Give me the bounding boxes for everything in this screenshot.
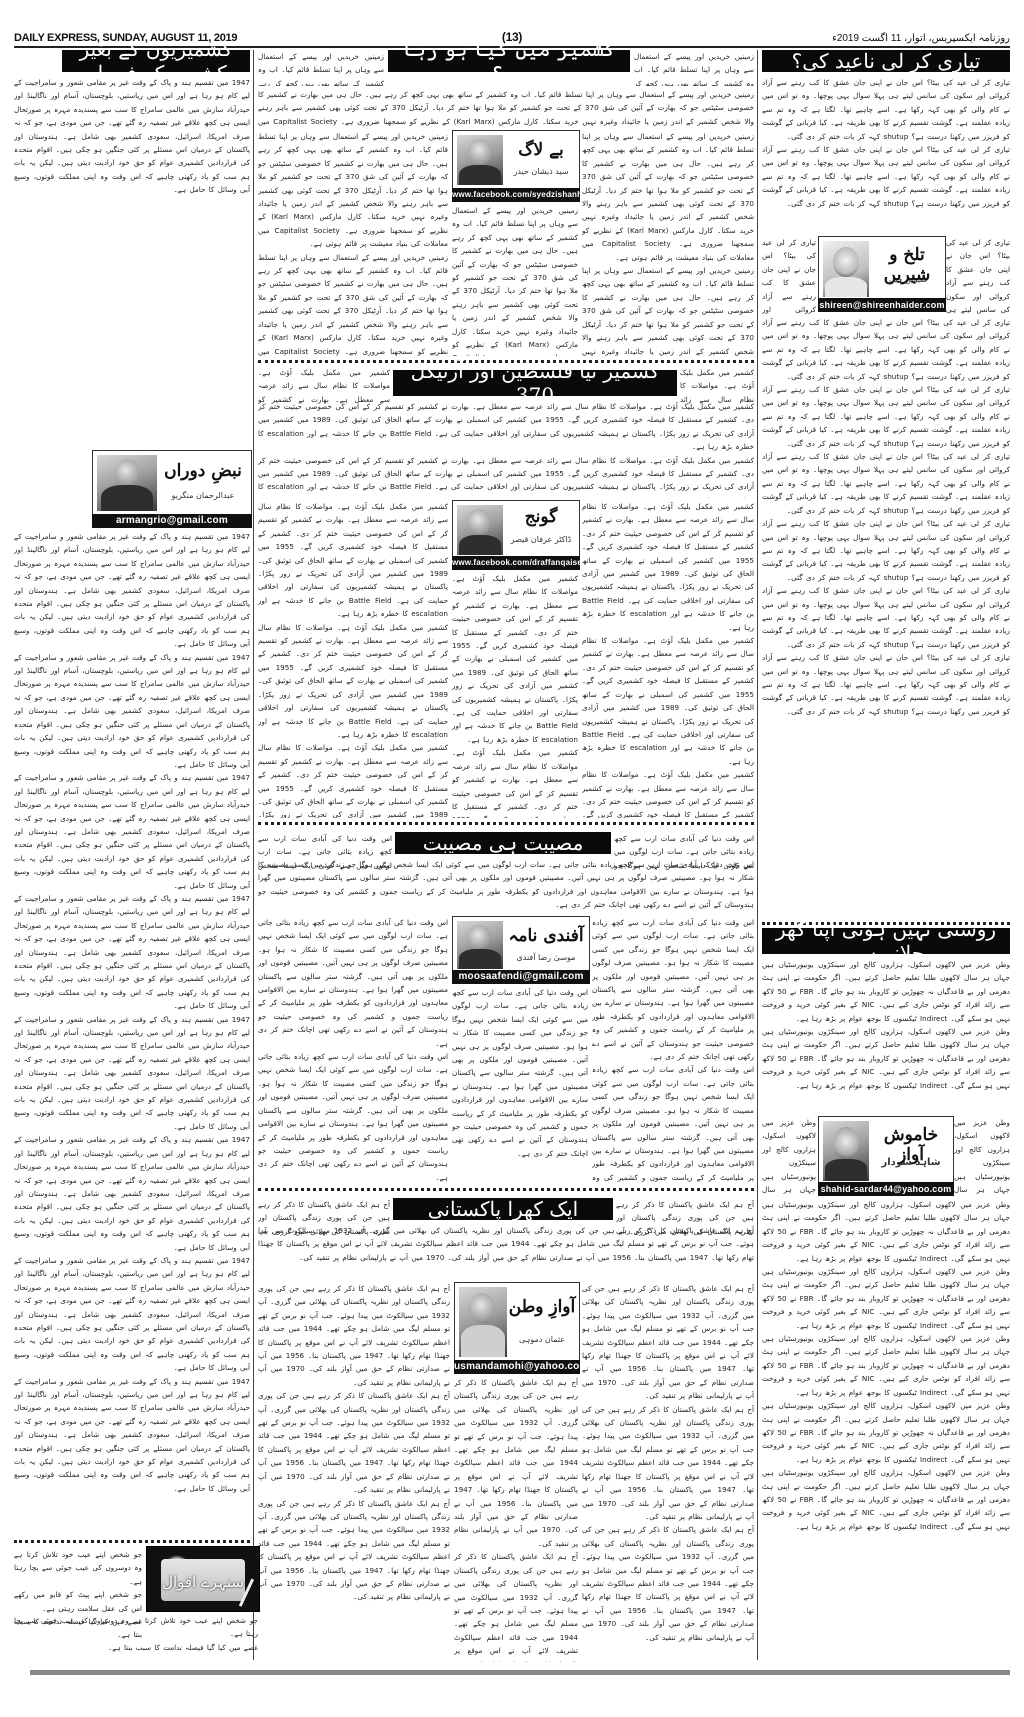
column-name: بے لاگ [505,139,577,160]
author-name: عثمان دموہی [507,1335,577,1344]
headline-tayari-kar-li: تیاری کر لی ناعید کی؟ [762,50,1010,72]
author-email: usmandamohi@yahoo.com [454,1360,580,1374]
article-body-tayari-side-right: تیاری کر لی عید کی بیٹا؟ اس جان نے اپنی … [946,236,1010,316]
headline-aik-khara-pakistani: ایک کھرا پاکستانی [393,1198,613,1220]
golden-sayings-box: سنہرے اقوال [146,1546,260,1612]
author-email: www.facebook.com/draffanqaiser [452,556,580,570]
byline-nabz-e-dauran: نبضِ دوراں عبدالرحمان منگریو armangrio@g… [92,450,252,528]
byline-khamosh-awaz: خاموش آواز شاہد سردار shahid-sardar44@ya… [818,1116,954,1196]
article-body-khara-pakistani-right: آج ہم ایک عاشق پاکستان کا ذکر کر رہے ہیں… [582,1282,754,1662]
headline-kashmir-mein-kya: کشمیر میں کیا ہو رہا ہے؟ [388,50,630,72]
article-body-falasteen-left: کشمیر میں مکمل بلیک آؤٹ ہے۔ مواصلات کا ن… [258,500,448,818]
author-name: عبدالرحمان منگریو [159,491,247,500]
byline-awaz-e-watan: آوازِ وطن عثمان دموہی usmandamohi@yahoo.… [454,1282,580,1374]
byline-afandi-nama: آفندی نامہ موسیٰ رضا آفندی moosaafendi@g… [452,916,590,984]
article-body-khara-pakistani-top: آج ہم ایک عاشق پاکستان کا ذکر کر رہے ہیں… [258,1224,754,1280]
headline-museebat: مصیبت ہی مصیبت [395,832,611,854]
article-body-roshni: وطن عزیز میں لاکھوں اسکول، ہزاروں کالج ا… [762,1198,1010,1664]
author-photo [457,135,503,185]
author-photo [457,505,503,555]
author-email: shahid-sardar44@yahoo.com [818,1182,954,1196]
article-body-museebat-mid: اس وقت دنیا کی آبادی سات ارب سے کچھ زیاد… [452,986,588,1184]
article-body-roshni-side: وطن عزیز میں لاکھوں اسکول، ہزاروں کالج ا… [762,1116,816,1196]
bottom-rule [30,1670,1010,1675]
article-body-tayari-top: تیاری کر لی عید کی بیٹا؟ اس جان نے اپنی … [762,76,1010,236]
column-divider [253,50,254,1660]
author-name: شاہد سردار [871,1157,951,1168]
article-lead-kashmir-kya-left: زمینیں خریدیں اور پیسے کے استعمال سے وہا… [258,50,384,86]
article-body-museebat-right: اس وقت دنیا کی آبادی سات ارب سے کچھ زیاد… [592,916,754,1184]
article-body-khara-pakistani-left: آج ہم ایک عاشق پاکستان کا ذکر کر رہے ہیں… [258,1282,450,1662]
headline-kashmiriyon: کشمیریوں کے بغیر کشمیر کے فیصلے [62,50,250,72]
column-name: آوازِ وطن [507,1297,577,1317]
author-photo [823,1121,869,1181]
headline-text: کشمیر میں کیا ہو رہا ہے؟ [388,37,630,85]
article-body-roshni-top: وطن عزیز میں لاکھوں اسکول، ہزاروں کالج ا… [762,958,1010,1116]
article-lead-kashmir-kya-right: زمینیں خریدیں اور پیسے کے استعمال سے وہا… [634,50,754,86]
article-body-museebat-left: اس وقت دنیا کی آبادی سات ارب سے کچھ زیاد… [258,916,448,1184]
column-divider [757,50,758,1660]
article-body-kashmir-kya-right: زمینیں خریدیں اور پیسے کے استعمال سے وہا… [582,130,754,356]
section-divider [14,1540,250,1543]
byline-talkh-o-shireen: تلخ و شیریں شیریں حیدر shireen@shireenha… [818,236,946,312]
section-divider [258,1188,754,1191]
headline-text: مصیبت ہی مصیبت [423,831,584,855]
author-photo [97,455,157,511]
section-divider [258,822,754,825]
article-body-falasteen-right: کشمیر میں مکمل بلیک آؤٹ ہے۔ مواصلات کا ن… [582,500,754,818]
author-email: moosaafendi@gmail.com [452,970,590,984]
author-photo [823,241,869,297]
headline-kashmir-naya-falasteen: کشمیر نیا فلسطین اور آرٹیکل 370 [393,370,677,396]
column-name: آفندی نامہ [505,925,587,946]
author-photo [459,1287,507,1357]
article-body-falasteen-top: کشمیر میں مکمل بلیک آؤٹ ہے۔ مواصلات کا ن… [258,400,754,498]
masthead-urdu-date: روزنامہ ایکسپریس، اتوار، 11 اگست 2019ء [832,33,1010,44]
article-body-khara-pakistani-mid: آج ہم ایک عاشق پاکستان کا ذکر کر رہے ہیں… [454,1376,578,1662]
author-name: موسیٰ رضا آفندی [505,953,587,962]
article-body-kashmiriyon: 1947 میں تقسیم ہند و پاک کے وقت غیر پر م… [14,76,250,451]
headline-text: ایک کھرا پاکستانی [428,1197,578,1221]
author-name: سید ذیشان حیدر [505,167,577,176]
article-body-kashmir-kya-top: زمینیں خریدیں اور پیسے کے استعمال سے وہا… [258,88,754,128]
author-photo [457,921,503,969]
article-body-museebat-top: اس وقت دنیا کی آبادی سات ارب سے کچھ زیاد… [258,858,754,914]
byline-goonj: گونج ڈاکٹر عرفان قیصر www.facebook.com/d… [452,500,580,570]
author-name: ڈاکٹر عرفان قیصر [505,535,577,544]
article-body-roshni-side-right: وطن عزیز میں لاکھوں اسکول، ہزاروں کالج ا… [954,1116,1010,1196]
article-body-kashmir-kya-left: زمینیں خریدیں اور پیسے کے استعمال سے وہا… [258,130,448,356]
author-name: شیریں حیدر [871,275,943,284]
golden-sayings-list-continued: جو شخص اپنے عیب خود تلاش کرتا ہے وہ دوسر… [14,1614,258,1664]
column-name: گونج [505,507,577,527]
article-body-kashmir-kya-mid: زمینیں خریدیں اور پیسے کے استعمال سے وہا… [452,204,578,356]
author-email: shireen@shireenhaider.com [818,298,946,312]
column-name: نبضِ دوراں [159,461,247,481]
article-body-tayari: تیاری کر لی عید کی بیٹا؟ اس جان نے اپنی … [762,316,1010,908]
article-body-kashmiriyon-continued: 1947 میں تقسیم ہند و پاک کے وقت غیر پر م… [14,530,250,1540]
headline-roshni-nahin-hoti: روشنی نہیں ہوتی اپنا گھر جلانے سے [762,928,1010,954]
article-body-tayari-side: تیاری کر لی عید کی بیٹا؟ اس جان نے اپنی … [762,236,816,316]
author-email: www.facebook.com/syedzishanhyder [452,188,580,202]
article-body-falasteen-mid: کشمیر میں مکمل بلیک آؤٹ ہے۔ مواصلات کا ن… [452,572,578,818]
byline-be-laag: بے لاگ سید ذیشان حیدر www.facebook.com/s… [452,130,580,202]
headline-text: تیاری کر لی ناعید کی؟ [792,49,981,73]
author-email: armangrio@gmail.com [92,514,252,528]
